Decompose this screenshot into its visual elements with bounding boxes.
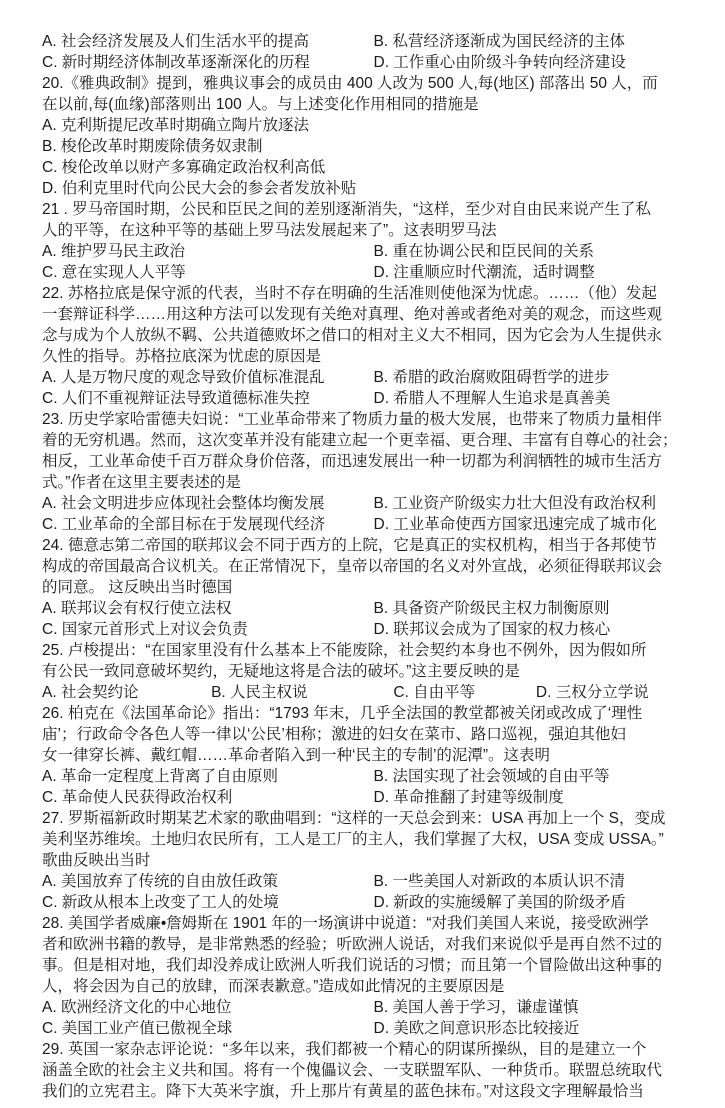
document-line: 有公民一致同意破坏契约，无疑地这将是合法的破坏。”这主要反映的是 — [42, 661, 705, 682]
document-line: 事。但是相对地，我们却没养成让欧洲人听我们说话的习惯；而且第一个冒险做出这种事的 — [42, 955, 705, 976]
text-segment: 26. 柏克在《法国革命论》指出：“1793 年末，几乎全法国的教堂都被关闭或改… — [42, 703, 705, 724]
option-text: C. 美国工业产值已傲视全球 — [42, 1018, 374, 1039]
document-line: 我们的立宪君主。降下大英米字旗，升上那片有黄星的蓝色抹布。”对这段文字理解最恰当 — [42, 1081, 705, 1102]
option-text: C. 人们不重视辩证法导致道德标准失控 — [42, 388, 374, 409]
text-segment: 我们的立宪君主。降下大英米字旗，升上那片有黄星的蓝色抹布。”对这段文字理解最恰当 — [42, 1081, 705, 1102]
option-text: C. 新政从根本上改变了工人的处境 — [42, 892, 374, 913]
document-line: 构成的帝国最高合议机关。在正常情况下，皇帝以帝国的名义对外宣战，必须征得联邦议会 — [42, 556, 705, 577]
document-line: 着的无穷机遇。然而，这次变革并没有能建立起一个更幸福、更合理、丰富有自尊心的社会… — [42, 430, 705, 451]
option-text: A. 社会经济发展及人们生活水平的提高 — [42, 31, 374, 52]
document-line: 涵盖全欧的社会主义共和国。将有一个傀儡议会、一支联盟军队、一种货币。联盟总统取代 — [42, 1060, 705, 1081]
option-text: C. 革命使人民获得政治权利 — [42, 787, 374, 808]
document-line: 在以前,每(血缘)部落则出 100 人。与上述变化作用相同的措施是 — [42, 94, 705, 115]
text-segment: 29. 英国一家杂志评论说：“多年以来，我们都被一个精心的阴谋所操纵，目的是建立… — [42, 1039, 705, 1060]
text-segment: 人的平等，在这种平等的基础上罗马法发展起来了”。这表明罗马法 — [42, 220, 705, 241]
text-segment: 式。”作者在这里主要表述的是 — [42, 472, 705, 493]
option-text: D. 注重顺应时代潮流，适时调整 — [374, 262, 706, 283]
text-segment: 20.《雅典政制》提到，雅典议事会的成员由 400 人改为 500 人,每(地区… — [42, 73, 705, 94]
document-line: 庙’；行政命令各色人等一律以‘公民’相称；激进的妇女在菜市、路口巡视，强迫其他妇 — [42, 724, 705, 745]
document-line: 26. 柏克在《法国革命论》指出：“1793 年末，几乎全法国的教堂都被关闭或改… — [42, 703, 705, 724]
document-line: 25. 卢梭提出：“在国家里没有什么基本上不能废除，社会契约本身也不例外，因为假… — [42, 640, 705, 661]
document-line: 人，将会因为自己的放肆，而深表歉意。”造成如此情况的主要原因是 — [42, 976, 705, 997]
document-line: A. 社会经济发展及人们生活水平的提高B. 私营经济逐渐成为国民经济的主体 — [42, 31, 705, 52]
document-line: 者和欧洲书籍的教导，是非常熟悉的经验；听欧洲人说话，对我们来说似乎是再自然不过的 — [42, 934, 705, 955]
document-line: 27. 罗斯福新政时期某艺术家的歌曲唱到：“这样的一天总会到来：USA 再加上一… — [42, 808, 705, 829]
document-line: C. 国家元首形式上对议会负责D. 联邦议会成为了国家的权力核心 — [42, 619, 705, 640]
document-line: 歌曲反映出当时 — [42, 850, 705, 871]
document-line: 22. 苏格拉底是保守派的代表，当时不存在明确的生活准则使他深为忧虑。……（他）… — [42, 283, 705, 304]
document-line: A. 革命一定程度上背离了自由原则B. 法国实现了社会领域的自由平等 — [42, 766, 705, 787]
text-segment: 庙’；行政命令各色人等一律以‘公民’相称；激进的妇女在菜市、路口巡视，强迫其他妇 — [42, 724, 705, 745]
option-text: D. 革命推翻了封建等级制度 — [374, 787, 706, 808]
option-text: A. 美国放弃了传统的自由放任政策 — [42, 871, 374, 892]
text-segment: 构成的帝国最高合议机关。在正常情况下，皇帝以帝国的名义对外宣战，必须征得联邦议会 — [42, 556, 705, 577]
document-line: C. 梭伦改单以财产多寡确定政治权利高低 — [42, 157, 705, 178]
document-line: A. 美国放弃了传统的自由放任政策B. 一些美国人对新政的本质认识不清 — [42, 871, 705, 892]
option-text: D. 工作重心由阶级斗争转向经济建设 — [374, 52, 706, 73]
document-line: 23. 历史学家哈雷德夫妇说：“工业革命带来了物质力量的极大发展，也带来了物质力… — [42, 409, 705, 430]
exam-page: A. 社会经济发展及人们生活水平的提高B. 私营经济逐渐成为国民经济的主体C. … — [0, 0, 725, 1108]
option-text: A. 维护罗马民主政治 — [42, 241, 374, 262]
document-line: 29. 英国一家杂志评论说：“多年以来，我们都被一个精心的阴谋所操纵，目的是建立… — [42, 1039, 705, 1060]
text-segment: 24. 德意志第二帝国的联邦议会不同于西方的上院，它是真正的实权机构，相当于各邦… — [42, 535, 705, 556]
document-body: A. 社会经济发展及人们生活水平的提高B. 私营经济逐渐成为国民经济的主体C. … — [42, 31, 705, 1102]
document-line: 相反，工业革命使千百万群众身价倍落，而迅速发展出一种一切都为利润牺牲的城市生活方 — [42, 451, 705, 472]
document-line: C. 美国工业产值已傲视全球D. 美欧之间意识形态比较接近 — [42, 1018, 705, 1039]
document-line: A. 人是万物尺度的观念导致价值标准混乱B. 希腊的政治腐败阻碍哲学的进步 — [42, 367, 705, 388]
document-line: C. 意在实现人人平等D. 注重顺应时代潮流，适时调整 — [42, 262, 705, 283]
option-text: C. 自由平等 — [393, 682, 536, 703]
option-text: A. 革命一定程度上背离了自由原则 — [42, 766, 374, 787]
option-text: A. 社会契约论 — [42, 682, 211, 703]
option-text: D. 希腊人不理解人生追求是真善美 — [374, 388, 706, 409]
document-line: 美利坚苏维埃。土地归农民所有，工人是工厂的主人，我们掌握了大权，USA 变成 U… — [42, 829, 705, 850]
document-line: A. 社会文明进步应体现社会整体均衡发展B. 工业资产阶级实力壮大但没有政治权利 — [42, 493, 705, 514]
text-segment: D. 伯利克里时代向公民大会的参会者发放补贴 — [42, 178, 705, 199]
document-line: 的同意。 这反映出当时德国 — [42, 577, 705, 598]
option-text: A. 欧洲经济文化的中心地位 — [42, 997, 374, 1018]
document-line: 28. 美国学者威廉•詹姆斯在 1901 年的一场演讲中说道：“对我们美国人来说… — [42, 913, 705, 934]
document-line: B. 梭伦改革时期废除债务奴隶制 — [42, 136, 705, 157]
text-segment: 着的无穷机遇。然而，这次变革并没有能建立起一个更幸福、更合理、丰富有自尊心的社会… — [42, 430, 705, 451]
option-text: D. 三权分立学说 — [536, 682, 705, 703]
document-line: 20.《雅典政制》提到，雅典议事会的成员由 400 人改为 500 人,每(地区… — [42, 73, 705, 94]
text-segment: 23. 历史学家哈雷德夫妇说：“工业革命带来了物质力量的极大发展，也带来了物质力… — [42, 409, 705, 430]
text-segment: 25. 卢梭提出：“在国家里没有什么基本上不能废除，社会契约本身也不例外，因为假… — [42, 640, 705, 661]
option-text: D. 美欧之间意识形态比较接近 — [374, 1018, 706, 1039]
document-line: C. 新政从根本上改变了工人的处境D. 新政的实施缓解了美国的阶级矛盾 — [42, 892, 705, 913]
document-line: A. 克利斯提尼改革时期确立陶片放逐法 — [42, 115, 705, 136]
option-text: A. 人是万物尺度的观念导致价值标准混乱 — [42, 367, 374, 388]
text-segment: 歌曲反映出当时 — [42, 850, 705, 871]
document-line: A. 维护罗马民主政治B. 重在协调公民和臣民间的关系 — [42, 241, 705, 262]
document-line: C. 人们不重视辩证法导致道德标准失控D. 希腊人不理解人生追求是真善美 — [42, 388, 705, 409]
document-line: A. 社会契约论B. 人民主权说C. 自由平等D. 三权分立学说 — [42, 682, 705, 703]
document-line: 21 . 罗马帝国时期，公民和臣民之间的差别逐渐消失，“这样，至少对自由民来说产… — [42, 199, 705, 220]
option-text: C. 工业革命的全部目标在于发展现代经济 — [42, 514, 374, 535]
text-segment: A. 克利斯提尼改革时期确立陶片放逐法 — [42, 115, 705, 136]
option-text: D. 联邦议会成为了国家的权力核心 — [374, 619, 706, 640]
option-text: B. 工业资产阶级实力壮大但没有政治权利 — [374, 493, 706, 514]
document-line: C. 工业革命的全部目标在于发展现代经济D. 工业革命使西方国家迅速完成了城市化 — [42, 514, 705, 535]
option-text: B. 法国实现了社会领域的自由平等 — [374, 766, 706, 787]
text-segment: 一套辩证科学……用这种方法可以发现有关绝对真理、绝对善或者绝对美的观念，而这些观 — [42, 304, 705, 325]
option-text: B. 重在协调公民和臣民间的关系 — [374, 241, 706, 262]
text-segment: 相反，工业革命使千百万群众身价倍落，而迅速发展出一种一切都为利润牺牲的城市生活方 — [42, 451, 705, 472]
text-segment: 有公民一致同意破坏契约，无疑地这将是合法的破坏。”这主要反映的是 — [42, 661, 705, 682]
text-segment: 者和欧洲书籍的教导，是非常熟悉的经验；听欧洲人说话，对我们来说似乎是再自然不过的 — [42, 934, 705, 955]
text-segment: 21 . 罗马帝国时期，公民和臣民之间的差别逐渐消失，“这样，至少对自由民来说产… — [42, 199, 705, 220]
option-text: B. 希腊的政治腐败阻碍哲学的进步 — [374, 367, 706, 388]
document-line: 24. 德意志第二帝国的联邦议会不同于西方的上院，它是真正的实权机构，相当于各邦… — [42, 535, 705, 556]
text-segment: 美利坚苏维埃。土地归农民所有，工人是工厂的主人，我们掌握了大权，USA 变成 U… — [42, 829, 705, 850]
option-text: A. 联邦议会有权行使立法权 — [42, 598, 374, 619]
document-line: D. 伯利克里时代向公民大会的参会者发放补贴 — [42, 178, 705, 199]
text-segment: 的同意。 这反映出当时德国 — [42, 577, 705, 598]
text-segment: B. 梭伦改革时期废除债务奴隶制 — [42, 136, 705, 157]
option-text: C. 新时期经济体制改革逐渐深化的历程 — [42, 52, 374, 73]
document-line: 念与成为个人放纵不羁、公共道德败坏之借口的相对主义大不相同，因为它会为人生提供永 — [42, 325, 705, 346]
option-text: C. 意在实现人人平等 — [42, 262, 374, 283]
text-segment: 女一律穿长裤、戴红帽……革命者陷入到一种‘民主的专制’的泥潭”。这表明 — [42, 745, 705, 766]
text-segment: 涵盖全欧的社会主义共和国。将有一个傀儡议会、一支联盟军队、一种货币。联盟总统取代 — [42, 1060, 705, 1081]
option-text: B. 人民主权说 — [211, 682, 393, 703]
option-text: A. 社会文明进步应体现社会整体均衡发展 — [42, 493, 374, 514]
option-text: D. 工业革命使西方国家迅速完成了城市化 — [374, 514, 706, 535]
document-line: C. 新时期经济体制改革逐渐深化的历程D. 工作重心由阶级斗争转向经济建设 — [42, 52, 705, 73]
option-text: B. 具备资产阶级民主权力制衡原则 — [374, 598, 706, 619]
document-line: 式。”作者在这里主要表述的是 — [42, 472, 705, 493]
option-text: B. 美国人善于学习，谦虚谨慎 — [374, 997, 706, 1018]
text-segment: 22. 苏格拉底是保守派的代表，当时不存在明确的生活准则使他深为忧虑。……（他）… — [42, 283, 705, 304]
text-segment: C. 梭伦改单以财产多寡确定政治权利高低 — [42, 157, 705, 178]
text-segment: 28. 美国学者威廉•詹姆斯在 1901 年的一场演讲中说道：“对我们美国人来说… — [42, 913, 705, 934]
text-segment: 27. 罗斯福新政时期某艺术家的歌曲唱到：“这样的一天总会到来：USA 再加上一… — [42, 808, 705, 829]
option-text: D. 新政的实施缓解了美国的阶级矛盾 — [374, 892, 706, 913]
text-segment: 人，将会因为自己的放肆，而深表歉意。”造成如此情况的主要原因是 — [42, 976, 705, 997]
document-line: A. 联邦议会有权行使立法权B. 具备资产阶级民主权力制衡原则 — [42, 598, 705, 619]
text-segment: 在以前,每(血缘)部落则出 100 人。与上述变化作用相同的措施是 — [42, 94, 705, 115]
document-line: 一套辩证科学……用这种方法可以发现有关绝对真理、绝对善或者绝对美的观念，而这些观 — [42, 304, 705, 325]
option-text: C. 国家元首形式上对议会负责 — [42, 619, 374, 640]
option-text: B. 私营经济逐渐成为国民经济的主体 — [374, 31, 706, 52]
document-line: 久性的指导。苏格拉底深为忧虑的原因是 — [42, 346, 705, 367]
text-segment: 事。但是相对地，我们却没养成让欧洲人听我们说话的习惯；而且第一个冒险做出这种事的 — [42, 955, 705, 976]
document-line: 女一律穿长裤、戴红帽……革命者陷入到一种‘民主的专制’的泥潭”。这表明 — [42, 745, 705, 766]
text-segment: 久性的指导。苏格拉底深为忧虑的原因是 — [42, 346, 705, 367]
option-text: B. 一些美国人对新政的本质认识不清 — [374, 871, 706, 892]
document-line: 人的平等，在这种平等的基础上罗马法发展起来了”。这表明罗马法 — [42, 220, 705, 241]
document-line: A. 欧洲经济文化的中心地位B. 美国人善于学习，谦虚谨慎 — [42, 997, 705, 1018]
text-segment: 念与成为个人放纵不羁、公共道德败坏之借口的相对主义大不相同，因为它会为人生提供永 — [42, 325, 705, 346]
document-line: C. 革命使人民获得政治权利D. 革命推翻了封建等级制度 — [42, 787, 705, 808]
